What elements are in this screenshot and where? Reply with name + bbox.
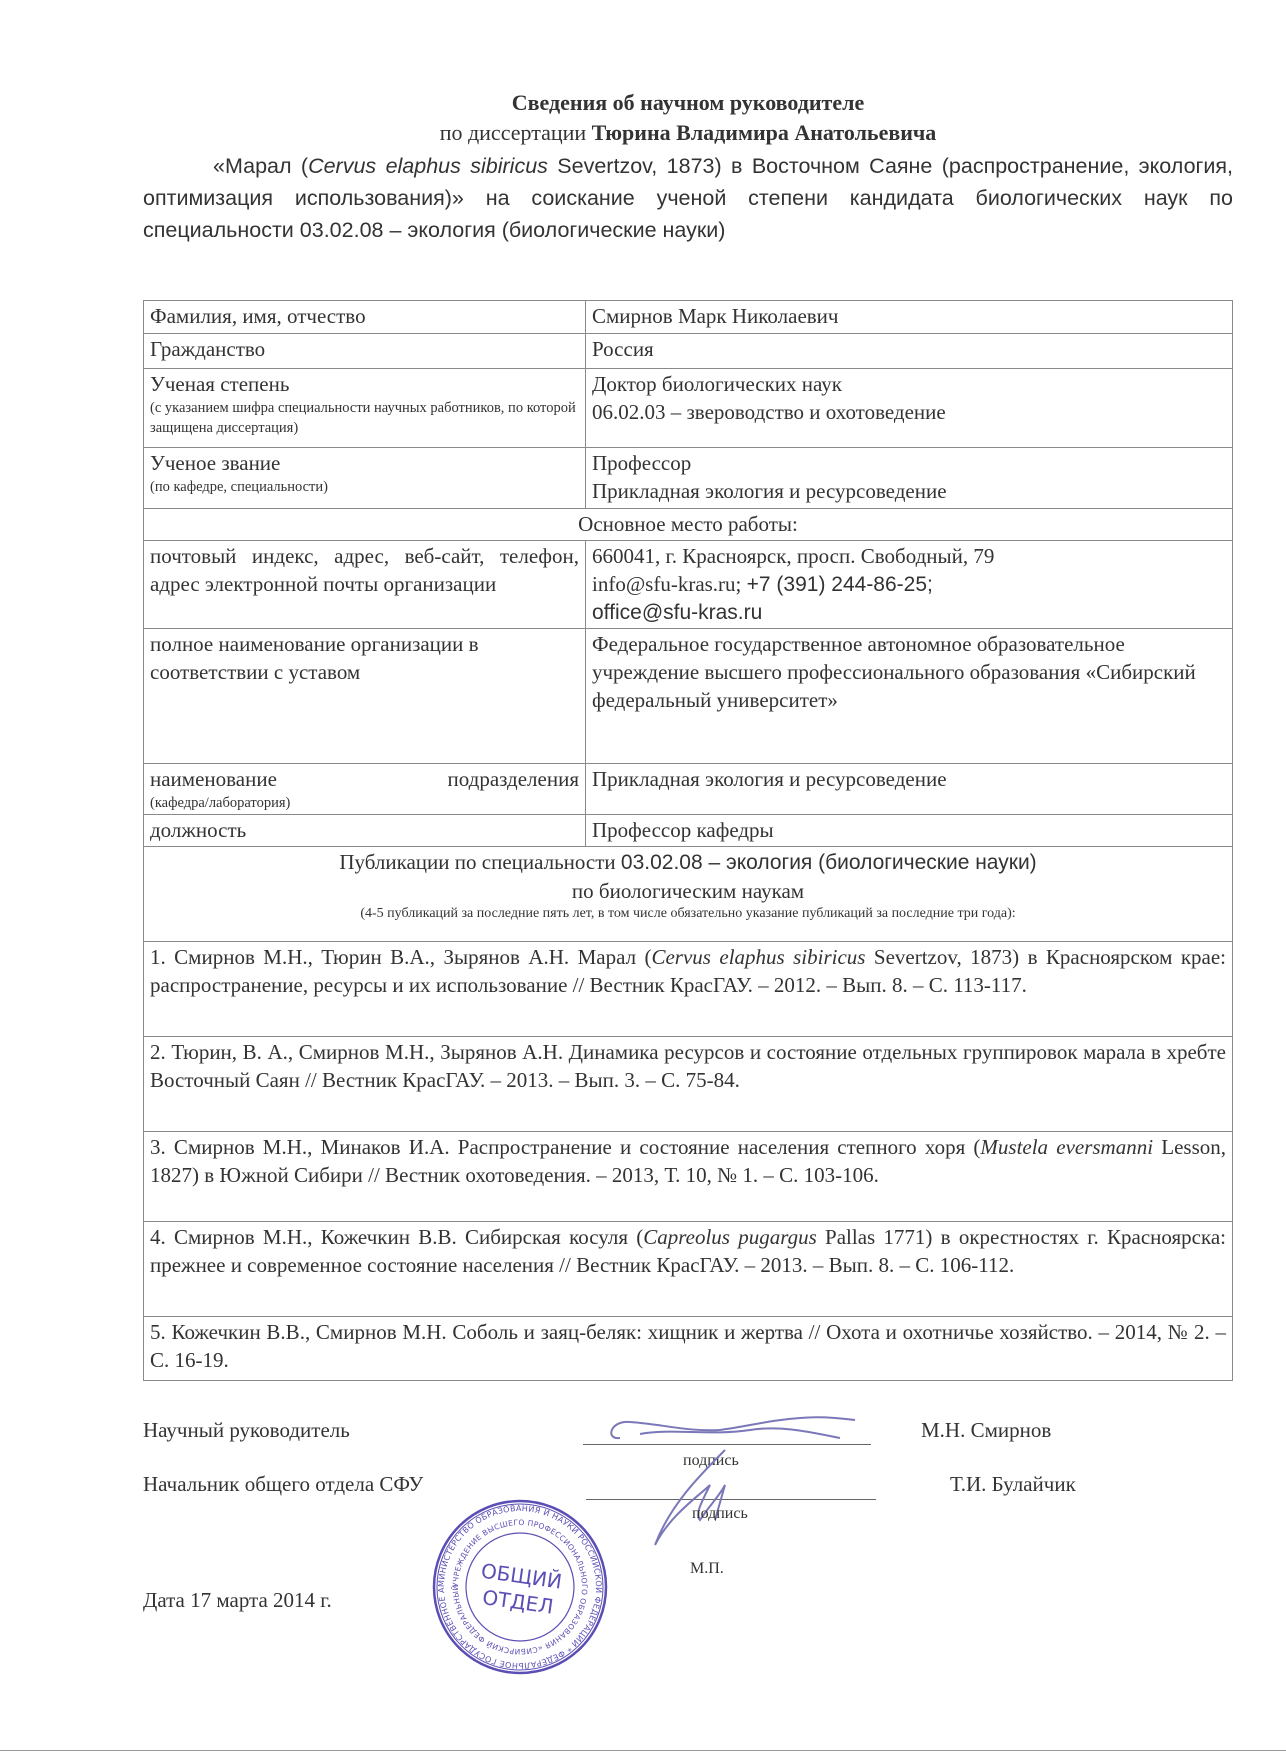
publications-subtitle: по биологическим наукам: [150, 877, 1226, 905]
publication-4: 4. Смирнов М.Н., Кожечкин В.В. Сибирская…: [144, 1222, 1233, 1317]
signature-caption-2: подпись: [692, 1505, 748, 1523]
table-row: должность Профессор кафедры: [144, 815, 1233, 847]
supervisor-name: М.Н. Смирнов: [921, 1418, 1051, 1443]
page-bottom-rule: [0, 1750, 1286, 1751]
publications-header: Публикации по специальности 03.02.08 – э…: [144, 847, 1233, 942]
address-value-cell: 660041, г. Красноярск, просп. Свободный,…: [586, 541, 1233, 629]
contact-line: info@sfu-kras.ru; +7 (391) 244-86-25;: [592, 570, 1226, 599]
dissertation-author-line: по диссертации Тюрина Владимира Анатолье…: [143, 118, 1233, 148]
org-value: Федеральное государственное автономное о…: [586, 629, 1233, 764]
table-row: 4. Смирнов М.Н., Кожечкин В.В. Сибирская…: [144, 1222, 1233, 1317]
dept-value: Прикладная экология и ресурсоведение: [586, 764, 1233, 815]
table-row: 2. Тюрин, В. А., Смирнов М.Н., Зырянов А…: [144, 1037, 1233, 1132]
supervisor-role: Научный руководитель: [143, 1418, 350, 1443]
citizenship-value: Россия: [586, 334, 1233, 369]
table-row: Основное место работы:: [144, 509, 1233, 541]
publication-2: 2. Тюрин, В. А., Смирнов М.Н., Зырянов А…: [144, 1037, 1233, 1132]
table-row: 3. Смирнов М.Н., Минаков И.А. Распростра…: [144, 1132, 1233, 1222]
degree-specialty: 06.02.03 – звероводство и охотоведение: [592, 398, 1226, 426]
supervisor-info-table: Фамилия, имя, отчество Смирнов Марк Нико…: [143, 300, 1233, 1381]
rank-value-cell: Профессор Прикладная экология и ресурсов…: [586, 448, 1233, 509]
position-value: Профессор кафедры: [586, 815, 1233, 847]
dept-cell: наименованиеподразделения (кафедра/лабор…: [144, 764, 586, 815]
postal-address: 660041, г. Красноярск, просп. Свободный,…: [592, 542, 1226, 570]
table-row: Фамилия, имя, отчество Смирнов Марк Нико…: [144, 301, 1233, 334]
table-row: Ученая степень (с указанием шифра специа…: [144, 369, 1233, 448]
dissertation-theme: «Марал (Cervus elaphus sibiricus Severtz…: [143, 150, 1233, 246]
document-header: Сведения об научном руководителе по дисс…: [143, 88, 1233, 246]
phone: +7 (391) 244-86-25;: [747, 573, 933, 596]
workplace-header: Основное место работы:: [144, 509, 1233, 541]
publications-title: Публикации по специальности 03.02.08 – э…: [150, 848, 1226, 877]
position-label: должность: [144, 815, 586, 847]
table-row: полное наименование организации в соотве…: [144, 629, 1233, 764]
citizenship-label: Гражданство: [144, 334, 586, 369]
publication-1: 1. Смирнов М.Н., Тюрин В.А., Зырянов А.Н…: [144, 942, 1233, 1037]
supervisor-signature-icon: [600, 1410, 860, 1445]
rank-cell: Ученое звание (по кафедре, специальности…: [144, 448, 586, 509]
species-name: Cervus elaphus sibiricus: [308, 154, 548, 178]
degree-value-cell: Доктор биологических наук 06.02.03 – зве…: [586, 369, 1233, 448]
table-row: Гражданство Россия: [144, 334, 1233, 369]
publication-3: 3. Смирнов М.Н., Минаков И.А. Распростра…: [144, 1132, 1233, 1222]
rank-label: Ученое звание: [150, 449, 579, 477]
degree-cell: Ученая степень (с указанием шифра специа…: [144, 369, 586, 448]
degree-note: (с указанием шифра специальности научных…: [150, 398, 579, 438]
author-name: Тюрина Владимира Анатольевича: [592, 120, 937, 145]
address-label: почтовый индекс, адрес, веб-сайт, телефо…: [144, 541, 586, 629]
document-page: Сведения об научном руководителе по дисс…: [0, 0, 1286, 1763]
table-row: Публикации по специальности 03.02.08 – э…: [144, 847, 1233, 942]
table-row: 1. Смирнов М.Н., Тюрин В.А., Зырянов А.Н…: [144, 942, 1233, 1037]
head-name: Т.И. Булайчик: [950, 1472, 1076, 1497]
fio-label: Фамилия, имя, отчество: [144, 301, 586, 334]
head-signature-icon: [640, 1445, 760, 1555]
email-office: office@sfu-kras.ru: [592, 599, 1226, 627]
document-title: Сведения об научном руководителе: [143, 88, 1233, 118]
rank-note: (по кафедре, специальности): [150, 477, 579, 497]
degree-label: Ученая степень: [150, 370, 579, 398]
rank-specialty: Прикладная экология и ресурсоведение: [592, 477, 1226, 505]
rank-value: Профессор: [592, 449, 1226, 477]
publication-5: 5. Кожечкин В.В., Смирнов М.Н. Соболь и …: [144, 1317, 1233, 1381]
table-row: наименованиеподразделения (кафедра/лабор…: [144, 764, 1233, 815]
table-row: почтовый индекс, адрес, веб-сайт, телефо…: [144, 541, 1233, 629]
document-date: Дата 17 марта 2014 г.: [143, 1588, 332, 1613]
email-info: info@sfu-kras.ru;: [592, 572, 747, 596]
publications-note: (4-5 публикаций за последние пять лет, в…: [150, 905, 1226, 923]
dept-note: (кафедра/лаборатория): [150, 793, 579, 813]
table-row: 5. Кожечкин В.В., Смирнов М.Н. Соболь и …: [144, 1317, 1233, 1381]
head-role: Начальник общего отдела СФУ: [143, 1472, 423, 1497]
degree-value: Доктор биологических наук: [592, 370, 1226, 398]
sub-prefix: по диссертации: [440, 120, 586, 145]
seal-caption: М.П.: [690, 1560, 724, 1578]
official-stamp-icon: МИНИСТЕРСТВО ОБРАЗОВАНИЯ И НАУКИ РОССИЙС…: [430, 1497, 610, 1677]
fio-value: Смирнов Марк Николаевич: [586, 301, 1233, 334]
dept-label: наименованиеподразделения: [150, 765, 579, 793]
table-row: Ученое звание (по кафедре, специальности…: [144, 448, 1233, 509]
org-label: полное наименование организации в соотве…: [144, 629, 586, 764]
